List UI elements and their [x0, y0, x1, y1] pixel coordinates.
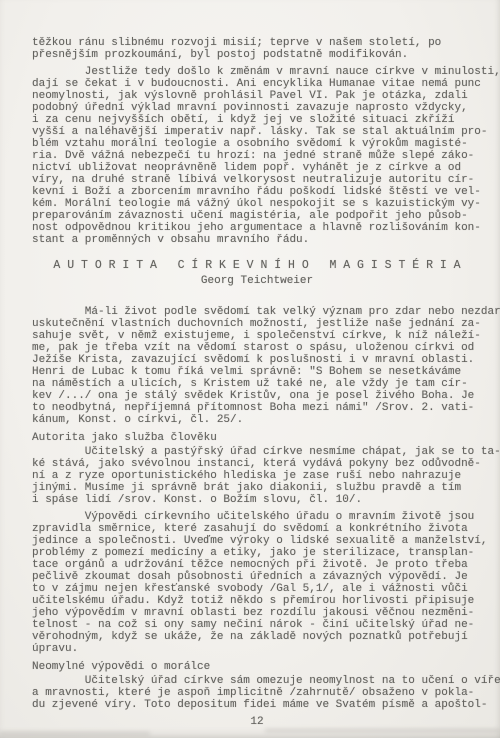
article-title: A U T O R I T A C Í R K E V N Í H O M A …: [32, 260, 482, 272]
scanned-document-page: těžkou ránu slibnému rozvoji misií; tepr…: [0, 0, 500, 738]
article-author: Georg Teichtweier: [32, 275, 482, 287]
section-heading-autorita-jako-sluzba: Autorita jako služba člověku: [32, 432, 482, 444]
section-heading-neomylne-vypovedi: Neomylné výpovědi o morálce: [32, 661, 482, 673]
scan-artifact: [265, 729, 500, 732]
paragraph: Jestliže tedy došlo k změnám v mravní na…: [32, 66, 482, 246]
paragraph-continuation: těžkou ránu slibnému rozvoji misií; tepr…: [32, 37, 482, 61]
paragraph: Výpovědi církevního učitelského úřadu o …: [32, 511, 482, 655]
scan-artifact: [0, 732, 150, 735]
page-number: 12: [32, 716, 482, 728]
paragraph: Učitelský a pastýřský úřad církve nesmím…: [32, 446, 482, 506]
paragraph: Učitelský úřad církve sám omezuje neomyl…: [32, 675, 482, 711]
paragraph: Má-li život podle svědomí tak velký význ…: [32, 306, 482, 426]
